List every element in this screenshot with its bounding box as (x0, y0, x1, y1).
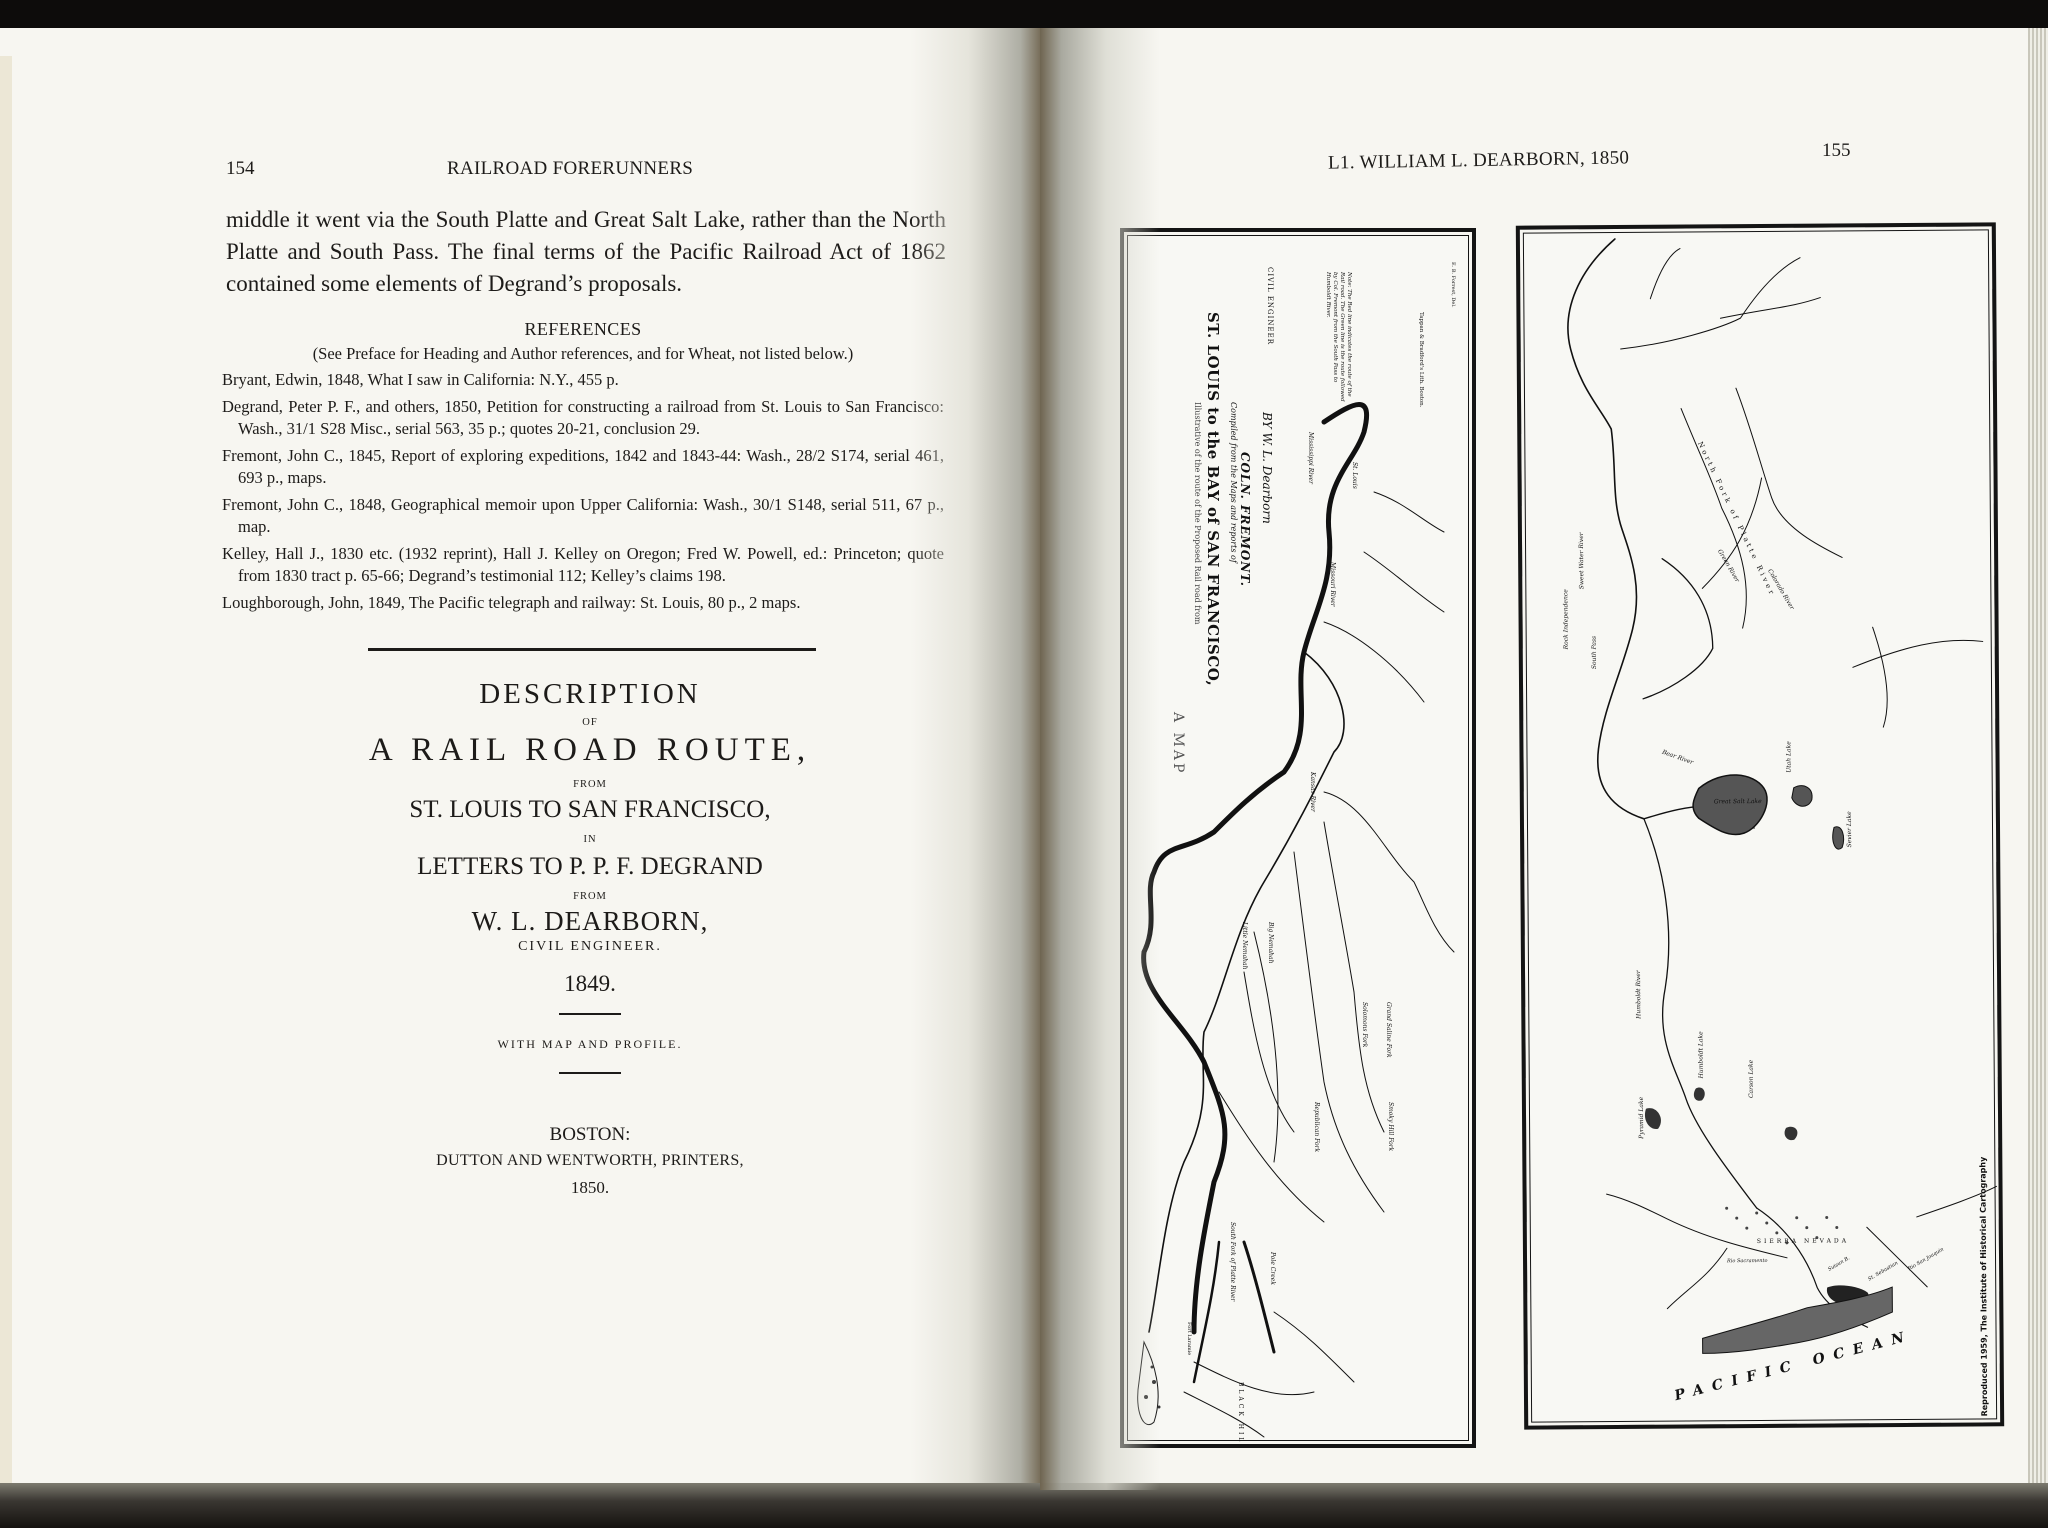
map-panel-west: Rock Independence Sweet Water River Sout… (1516, 222, 2004, 1429)
map-label-grand-saline-fork: Grand Saline Fork (1385, 1002, 1392, 1058)
map-label-republican-fork: Republican Fork (1313, 1102, 1320, 1152)
section-divider-rule (368, 648, 816, 651)
references-section: REFERENCES (See Preface for Heading and … (222, 318, 944, 618)
map-label-black-hills: BLACK HILLS (1237, 1382, 1244, 1448)
short-rule (559, 1013, 621, 1015)
map-label-great-salt-lake: Great Salt Lake (1714, 798, 1762, 805)
imprint-city: BOSTON: (280, 1124, 900, 1146)
map-label-sacramento: Rio Sacramento (1727, 1258, 1768, 1264)
reference-item: Degrand, Peter P. F., and others, 1850, … (222, 396, 944, 441)
title-line-with-map: WITH MAP AND PROFILE. (280, 1037, 900, 1052)
map-title-c: ST. LOUIS to the BAY of SAN FRANCISCO, (1204, 312, 1222, 686)
map-label-little-nemaha: Little Nemahah (1241, 922, 1248, 969)
title-line-author: W. L. DEARBORN, (280, 906, 900, 937)
reference-item: Fremont, John C., 1845, Report of explor… (222, 445, 944, 490)
short-rule (559, 1072, 621, 1074)
map-title-g: CIVIL ENGINEER (1266, 267, 1274, 345)
page-fore-edge (2028, 28, 2048, 1490)
map-title-b: Illustrative of the route of the Propose… (1193, 402, 1202, 625)
right-page: L1. WILLIAM L. DEARBORN, 1850 155 (1040, 28, 2048, 1490)
title-line-from: FROM (280, 779, 900, 790)
page-edge (0, 56, 12, 1518)
reference-item: Fremont, John C., 1848, Geographical mem… (222, 494, 944, 539)
title-line-year: 1849. (280, 971, 900, 997)
running-head-right: L1. WILLIAM L. DEARBORN, 1850 (1328, 147, 1630, 174)
references-heading: REFERENCES (222, 318, 944, 341)
body-paragraph: middle it went via the South Platte and … (226, 204, 946, 300)
left-page: 154 RAILROAD FORERUNNERS middle it went … (0, 28, 1040, 1490)
reference-item: Loughborough, John, 1849, The Pacific te… (222, 592, 944, 615)
map-label-carson-lake: Carson Lake (1748, 1060, 1755, 1098)
map-label-sevier-lake: Sevier Lake (1846, 811, 1853, 847)
map-label-utah-lake: Utah Lake (1785, 741, 1792, 773)
map-title-f: BY W. L. Dearborn (1260, 412, 1274, 524)
map-title-a: A MAP (1170, 712, 1186, 775)
title-line-from-2: FROM (280, 891, 900, 902)
map-label-pyramid-lake: Pyramid Lake (1638, 1097, 1645, 1139)
page-number-left: 154 (226, 158, 255, 180)
map-label-smoky-hill-fork: Smoky Hill Fork (1387, 1102, 1394, 1151)
title-line-in: IN (280, 834, 900, 845)
facsimile-title-page: DESCRIPTION OF A RAIL ROAD ROUTE, FROM S… (280, 678, 900, 1198)
map-label-rock-independence: Rock Independence (1562, 589, 1569, 649)
map-drawing-east (1124, 232, 1472, 1444)
map-lithographer: Tappan & Bradford's Lith. Boston. (1418, 312, 1424, 407)
map-title-e: COLN. FREMONT. (1238, 452, 1252, 587)
title-line-letters: LETTERS TO P. P. F. DEGRAND (280, 853, 900, 881)
map-label-pole-creek: Pole Creek (1269, 1252, 1276, 1285)
running-head-left: RAILROAD FORERUNNERS (447, 158, 693, 180)
title-line-civil-engineer: CIVIL ENGINEER. (280, 939, 900, 955)
map-label-south-pass: South Pass (1591, 636, 1598, 669)
title-line-route: A RAIL ROAD ROUTE, (280, 732, 900, 769)
map-label-mississippi: Mississippi River (1307, 432, 1314, 484)
map-panel-east: A MAP Illustrative of the route of the P… (1120, 228, 1476, 1448)
reference-item: Bryant, Edwin, 1848, What I saw in Calif… (222, 369, 944, 392)
map-drawing-west (1520, 226, 2000, 1425)
map-note: Note: The Red line indicates the route o… (1324, 272, 1352, 402)
scanner-bottom-edge (0, 1483, 2048, 1528)
map-label-humboldt-river: Humboldt River (1635, 970, 1642, 1019)
map-label-kansas: Kansas River (1309, 772, 1316, 812)
imprint-year: 1850. (280, 1178, 900, 1198)
map-engraver: E. B. Forrest, Del. (1450, 262, 1456, 308)
map-reproduction-credit: Reproduced 1959, The Institute of Histor… (1978, 1157, 1989, 1417)
map-label-big-nemaha: Big Nemahah (1267, 922, 1274, 963)
title-line-of: OF (280, 717, 900, 728)
map-label-missouri: Missouri River (1329, 562, 1336, 607)
map-title-d: Compiled from the Maps and reports of (1229, 402, 1238, 563)
title-line-description: DESCRIPTION (280, 678, 900, 711)
scanner-top-edge (0, 0, 2048, 30)
references-note: (See Preface for Heading and Author refe… (222, 343, 944, 366)
map-label-sierra-nevada: SIERRA NEVADA (1757, 1237, 1849, 1245)
map-label-fort-laramie: Fort Laramie (1186, 1322, 1192, 1355)
map-label-st-louis: St. Louis (1351, 462, 1358, 489)
title-line-cities: ST. LOUIS TO SAN FRANCISCO, (280, 796, 900, 824)
map-label-humboldt-lake: Humboldt Lake (1697, 1031, 1704, 1078)
map-label-sweet-water: Sweet Water River (1578, 532, 1585, 589)
page-number-right: 155 (1822, 140, 1851, 162)
map-label-south-fork-platte: South Fork of Platte River (1229, 1222, 1236, 1301)
map-label-solomons-fork: Solomons Fork (1361, 1002, 1368, 1047)
reference-item: Kelley, Hall J., 1830 etc. (1932 reprint… (222, 543, 944, 588)
imprint-printer: DUTTON AND WENTWORTH, PRINTERS, (280, 1152, 900, 1170)
